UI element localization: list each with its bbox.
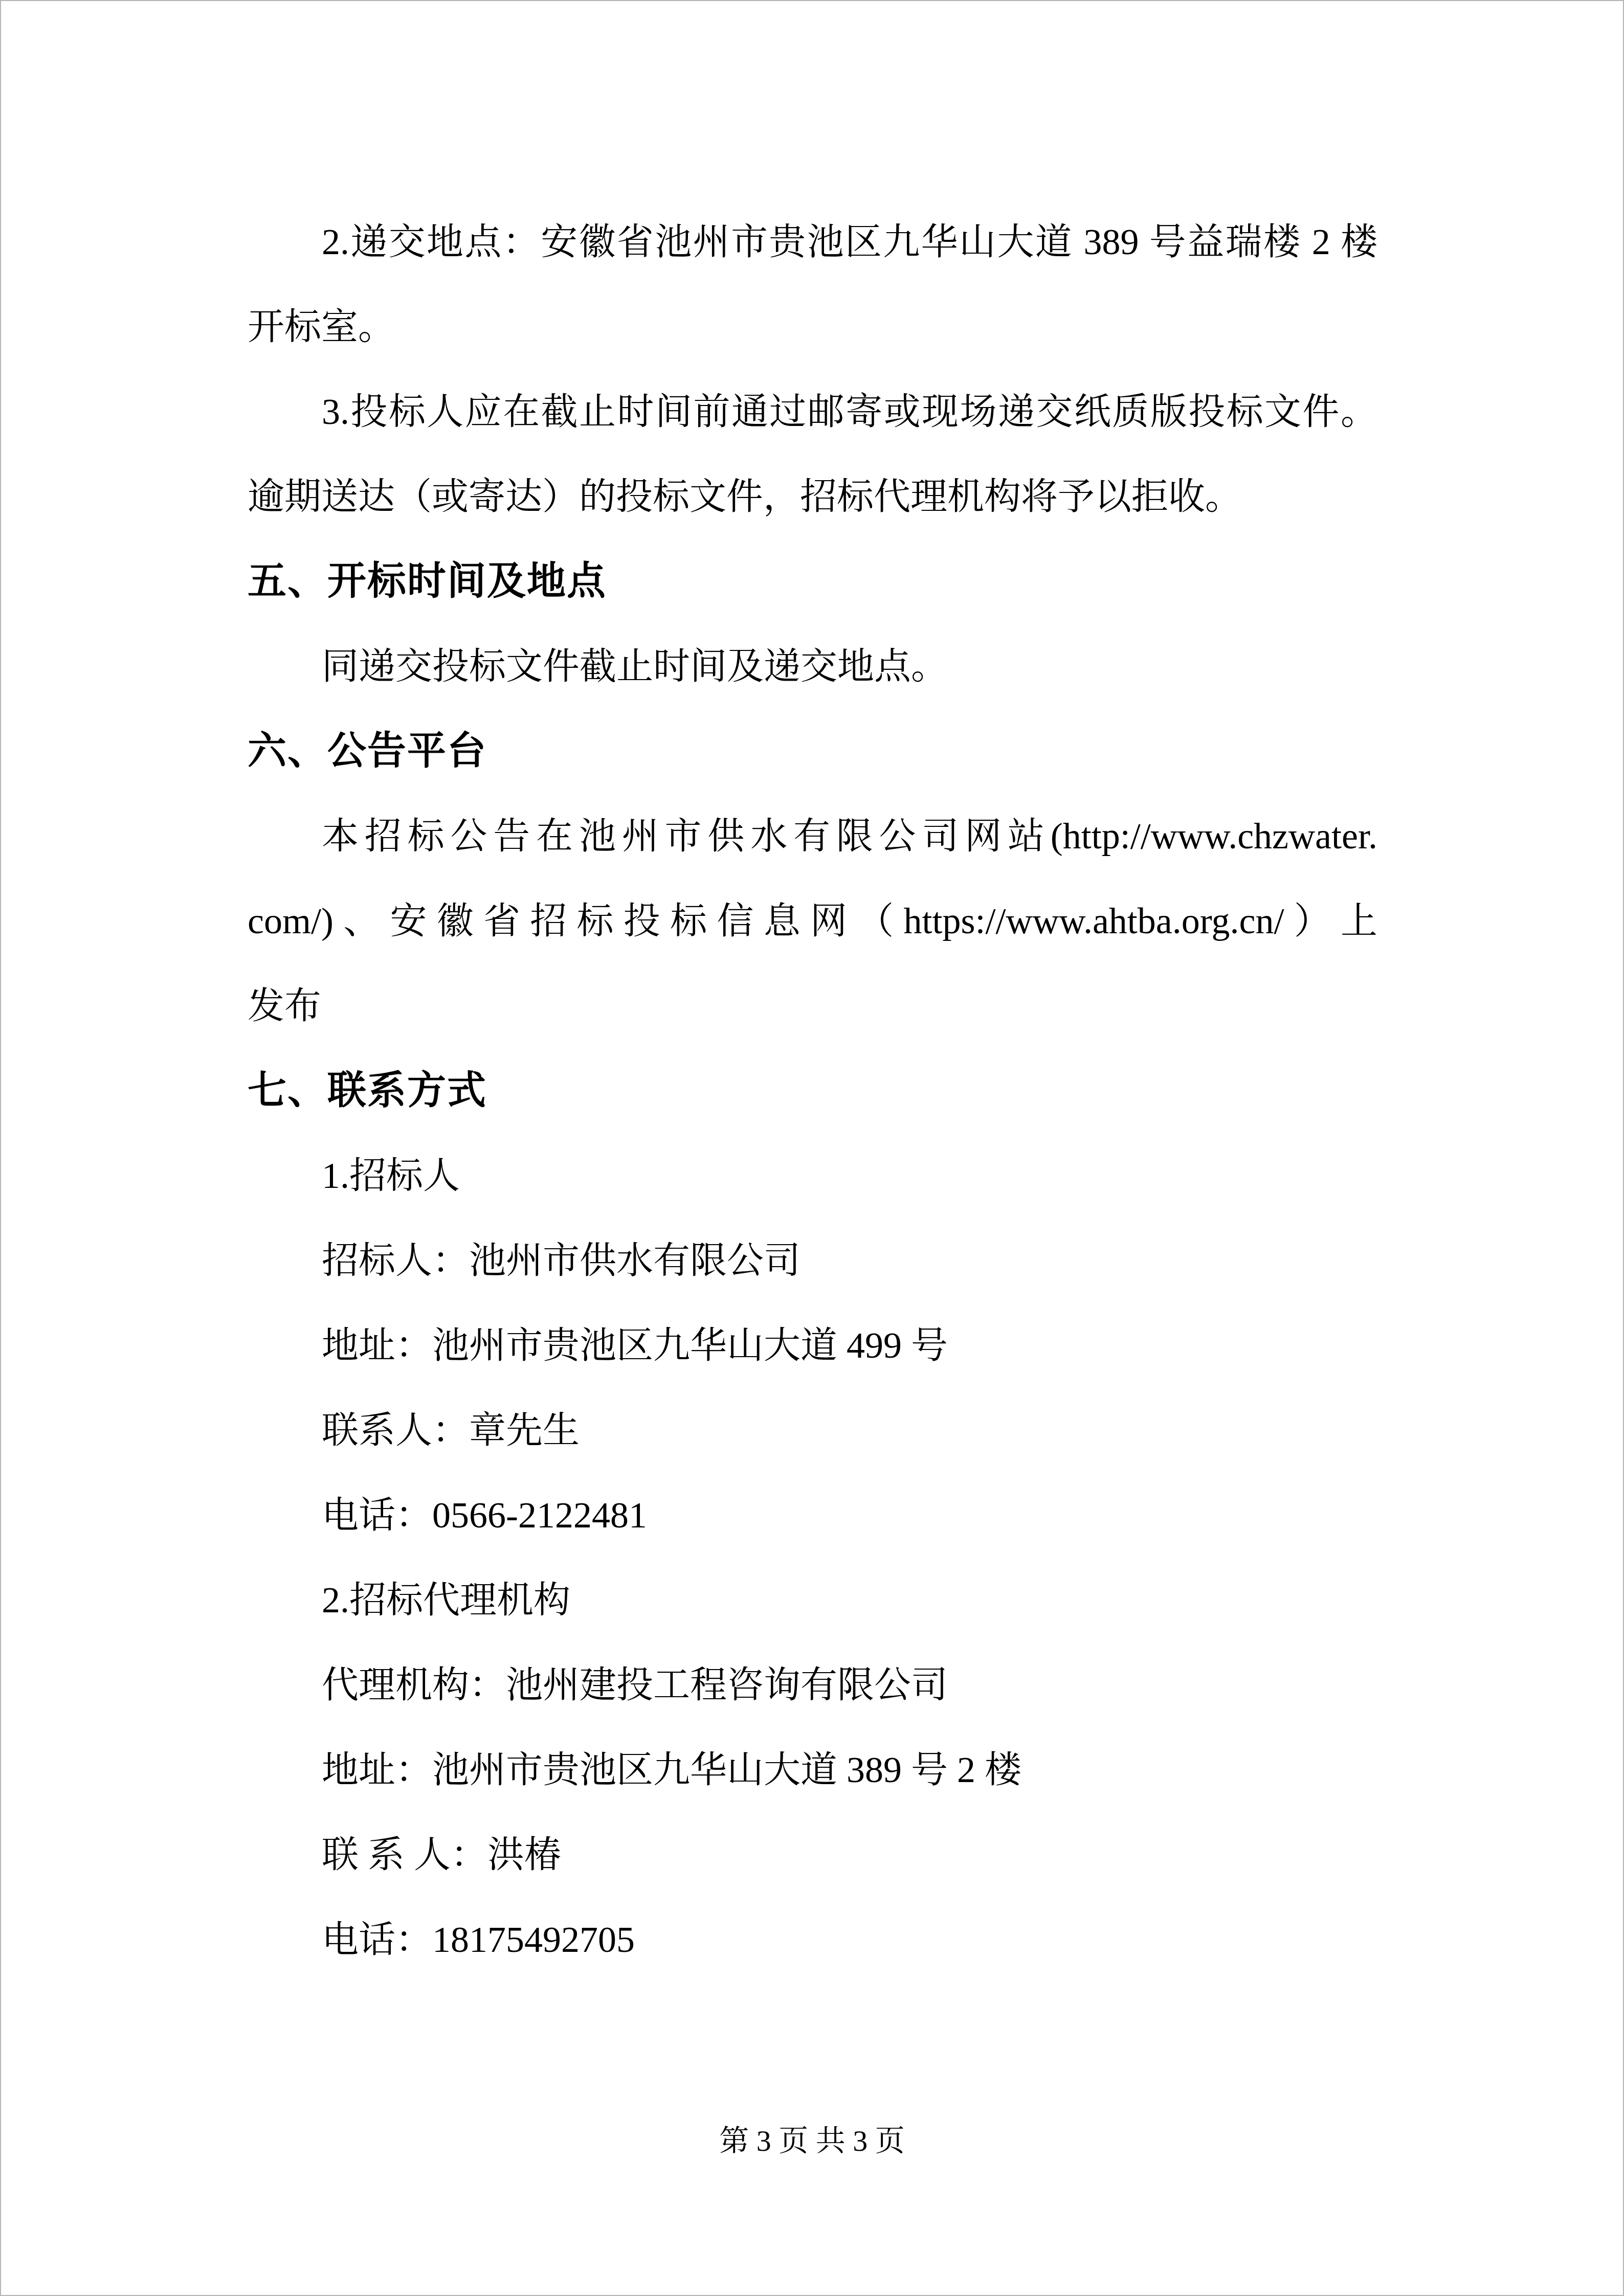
body-line-platform-website: 本招标公告在池州市供水有限公司网站(http://www.chzwater. [248,794,1377,879]
body-line-tenderer-name: 招标人：池州市供水有限公司 [248,1218,1377,1303]
body-line-agency-label: 2.招标代理机构 [248,1558,1377,1642]
body-line-tenderer-address: 地址：池州市贵池区九华山大道 499 号 [248,1303,1377,1388]
body-line-agency-name: 代理机构：池州建投工程咨询有限公司 [248,1642,1377,1727]
body-line-agency-contact: 联 系 人：洪椿 [248,1812,1377,1897]
heading-announcement-platform: 六、公告平台 [248,709,1377,794]
page-number-footer: 第 3 页 共 3 页 [1,2109,1623,2173]
body-line-submission-rule: 3.投标人应在截止时间前通过邮寄或现场递交纸质版投标文件。 [248,369,1377,454]
body-line-platform-website-cont: com/)、安徽省招标投标信息网（https://www.ahtba.org.c… [248,879,1377,963]
body-line-open-bid-same-as: 同递交投标文件截止时间及递交地点。 [248,624,1377,709]
body-line-tenderer-label: 1.招标人 [248,1133,1377,1218]
heading-open-bid-time-place: 五、开标时间及地点 [248,539,1377,624]
body-line-delivery-place: 2.递交地点：安徽省池州市贵池区九华山大道 389 号益瑞楼 2 楼 [248,199,1377,284]
heading-contact-info: 七、联系方式 [248,1048,1377,1133]
body-line-agency-address: 地址：池州市贵池区九华山大道 389 号 2 楼 [248,1727,1377,1812]
body-line-tenderer-contact: 联系人：章先生 [248,1388,1377,1473]
body-line-submission-rule-cont: 逾期送达（或寄达）的投标文件，招标代理机构将予以拒收。 [248,454,1377,539]
body-line-publish: 发布 [248,963,1377,1048]
body-line-tenderer-phone: 电话：0566-2122481 [248,1473,1377,1558]
document-body: 2.递交地点：安徽省池州市贵池区九华山大道 389 号益瑞楼 2 楼 开标室。 … [248,199,1377,1982]
document-page: 2.递交地点：安徽省池州市贵池区九华山大道 389 号益瑞楼 2 楼 开标室。 … [0,0,1624,2296]
body-line-delivery-place-cont: 开标室。 [248,284,1377,369]
body-line-agency-phone: 电话：18175492705 [248,1897,1377,1982]
